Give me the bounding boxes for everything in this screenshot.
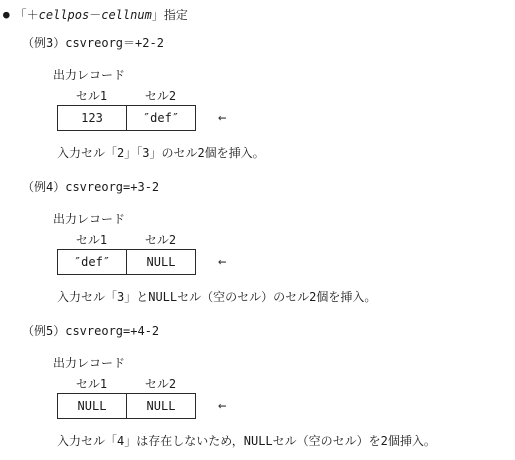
left-arrow-icon: ← — [218, 399, 226, 413]
column-headers: セル1 セル2 — [57, 233, 515, 247]
document: ● 「＋cellpos－cellnum」指定 （例3）csvreorg＝+2-2… — [0, 0, 515, 448]
explanation-text: 入力セル「4」は存在しないため，NULLセル（空のセル）を2個挿入。 — [57, 434, 515, 448]
cell-value-1: ″def″ — [58, 250, 126, 274]
column-header-cell1: セル1 — [57, 377, 126, 391]
section-title-text: 「＋cellpos－cellnum」指定 — [15, 8, 188, 22]
column-header-cell1: セル1 — [57, 233, 126, 247]
column-header-cell2: セル2 — [126, 377, 195, 391]
example-label: （例3）csvreorg＝+2-2 — [22, 36, 515, 50]
example-block-4: （例4）csvreorg=+3-2 出力レコード セル1 セル2 ″def″ N… — [0, 180, 515, 304]
example-block-3: （例3）csvreorg＝+2-2 出力レコード セル1 セル2 123 ″de… — [0, 36, 515, 160]
output-record-row: 123 ″def″ ← — [57, 105, 515, 131]
column-header-cell2: セル2 — [126, 233, 195, 247]
title-param-cellpos: cellpos — [39, 8, 90, 22]
title-separator: － — [89, 8, 101, 22]
cell-value-1: 123 — [58, 106, 126, 130]
section-title: ● 「＋cellpos－cellnum」指定 — [3, 8, 515, 22]
left-arrow-icon: ← — [218, 111, 226, 125]
bullet-icon: ● — [3, 8, 10, 22]
cell-value-2: NULL — [126, 394, 195, 418]
example-block-5: （例5）csvreorg=+4-2 出力レコード セル1 セル2 NULL NU… — [0, 324, 515, 448]
column-headers: セル1 セル2 — [57, 89, 515, 103]
cell-value-2: ″def″ — [126, 106, 195, 130]
column-header-cell1: セル1 — [57, 89, 126, 103]
cell-value-2: NULL — [126, 250, 195, 274]
explanation-text: 入力セル「2」「3」のセル2個を挿入。 — [57, 146, 515, 160]
output-record-row: NULL NULL ← — [57, 393, 515, 419]
cell-value-1: NULL — [58, 394, 126, 418]
output-record-label: 出力レコード — [53, 68, 515, 82]
title-prefix: 「＋ — [15, 8, 39, 22]
example-label: （例5）csvreorg=+4-2 — [22, 324, 515, 338]
column-headers: セル1 セル2 — [57, 377, 515, 391]
output-record-label: 出力レコード — [53, 356, 515, 370]
example-label: （例4）csvreorg=+3-2 — [22, 180, 515, 194]
output-record-table: NULL NULL — [57, 393, 196, 419]
output-record-table: 123 ″def″ — [57, 105, 196, 131]
output-record-row: ″def″ NULL ← — [57, 249, 515, 275]
column-header-cell2: セル2 — [126, 89, 195, 103]
output-record-table: ″def″ NULL — [57, 249, 196, 275]
title-suffix: 」指定 — [152, 8, 188, 22]
explanation-text: 入力セル「3」とNULLセル（空のセル）のセル2個を挿入。 — [57, 290, 515, 304]
output-record-label: 出力レコード — [53, 212, 515, 226]
left-arrow-icon: ← — [218, 255, 226, 269]
title-param-cellnum: cellnum — [101, 8, 152, 22]
